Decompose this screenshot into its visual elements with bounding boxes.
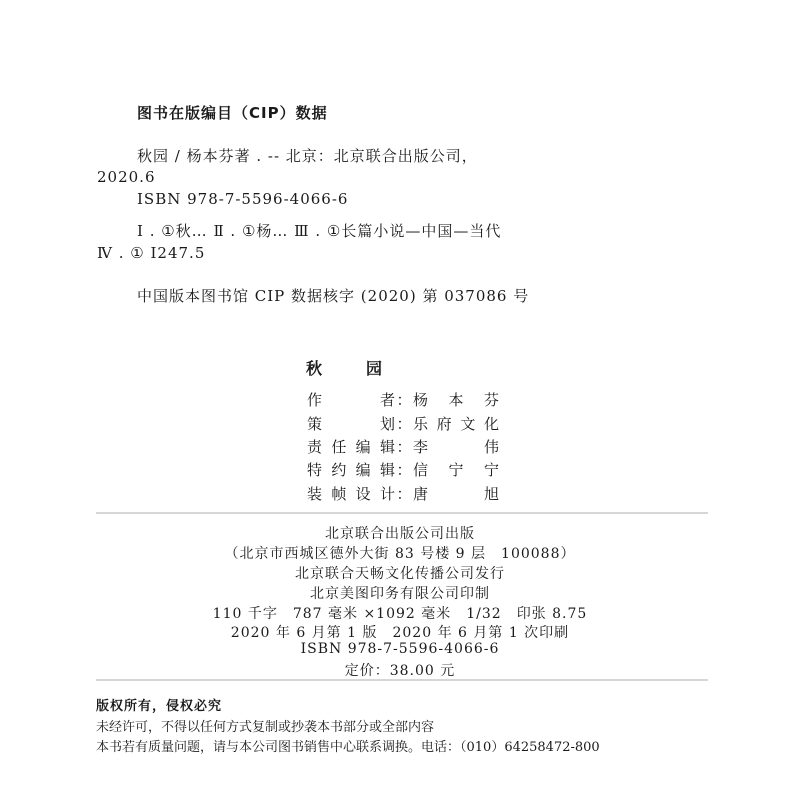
value-char: 府 (437, 413, 452, 434)
price: 定价：38.00 元 (180, 660, 620, 680)
credit-row-planning: 策划 ： 乐府文化 (307, 413, 499, 434)
value-char: 伟 (484, 436, 499, 457)
distributor: 北京联合天畅文化传播公司发行 (180, 563, 620, 583)
publication-isbn: ISBN 978-7-5596-4066-6 (180, 641, 620, 657)
credit-label: 策划 (307, 413, 395, 434)
value-char: 芬 (484, 389, 499, 410)
credit-label: 装帧设计 (307, 483, 395, 504)
label-char: 帧 (331, 483, 346, 504)
cip-heading: 图书在版编目（CIP）数据 (137, 102, 328, 123)
label-char: 编 (356, 436, 371, 457)
value-char: 化 (484, 413, 499, 434)
printer: 北京美图印务有限公司印制 (180, 583, 620, 603)
cip-line-1: 秋园 / 杨本芬著 . -- 北京：北京联合出版公司， (137, 145, 478, 166)
credit-row-author: 作者 ： 杨本芬 (307, 389, 499, 410)
label-char: 约 (331, 459, 346, 480)
label-char: 任 (331, 436, 346, 457)
credit-row-editor: 责任编辑 ： 李伟 (307, 436, 499, 457)
label-char: 设 (356, 483, 371, 504)
credit-colon: ： (395, 413, 413, 434)
cip-line-2: 2020.6 (97, 168, 156, 186)
value-char: 信 (413, 459, 428, 480)
publisher-address: （北京市西城区德外大街 83 号楼 9 层 100088） (180, 543, 620, 563)
rights-line-1: 未经许可，不得以任何方式复制或抄袭本书部分或全部内容 (96, 716, 434, 735)
label-char: 划 (380, 413, 395, 434)
credit-value: 李伟 (413, 436, 499, 457)
label-char: 责 (307, 436, 322, 457)
book-title: 秋园 (306, 356, 382, 379)
value-char: 李 (413, 436, 428, 457)
divider-top (96, 512, 708, 514)
label-char: 编 (356, 459, 371, 480)
credit-label: 作者 (307, 389, 395, 410)
label-char: 计 (380, 483, 395, 504)
value-char: 宁 (484, 459, 499, 480)
value-char: 旭 (484, 483, 499, 504)
credit-colon: ： (395, 436, 413, 457)
cip-subjects-2: Ⅳ . ① I247.5 (97, 244, 205, 262)
rights-heading: 版权所有，侵权必究 (96, 695, 222, 714)
value-char: 本 (448, 389, 463, 410)
value-char: 唐 (413, 483, 428, 504)
credit-value: 信宁宁 (413, 459, 499, 480)
divider-bottom (96, 679, 708, 681)
cip-isbn: ISBN 978-7-5596-4066-6 (137, 190, 348, 208)
label-char: 作 (307, 389, 322, 410)
label-char: 策 (307, 413, 322, 434)
credit-colon: ： (395, 483, 413, 504)
credit-value: 乐府文化 (413, 413, 499, 434)
value-char: 宁 (448, 459, 463, 480)
publisher: 北京联合出版公司出版 (180, 523, 620, 543)
book-title-char: 秋 (306, 356, 322, 379)
rights-line-2: 本书若有质量问题，请与本公司图书销售中心联系调换。电话：（010）6425847… (96, 736, 600, 755)
label-char: 辑 (380, 436, 395, 457)
credit-label: 责任编辑 (307, 436, 395, 457)
label-char: 装 (307, 483, 322, 504)
book-title-char: 园 (366, 356, 382, 379)
cip-approval: 中国版本图书馆 CIP 数据核字 (2020) 第 037086 号 (137, 285, 529, 306)
value-char: 乐 (413, 413, 428, 434)
print-specs: 110 千字 787 毫米 ×1092 毫米 1/32 印张 8.75 (180, 603, 620, 623)
label-char: 者 (380, 389, 395, 410)
label-char: 特 (307, 459, 322, 480)
credit-colon: ： (395, 389, 413, 410)
credit-value: 唐旭 (413, 483, 499, 504)
label-char: 辑 (380, 459, 395, 480)
credit-row-design: 装帧设计 ： 唐旭 (307, 483, 499, 504)
credit-label: 特约编辑 (307, 459, 395, 480)
cip-subjects-1: Ⅰ . ①秋… Ⅱ . ①杨… Ⅲ . ①长篇小说—中国—当代 (137, 220, 501, 241)
value-char: 文 (460, 413, 475, 434)
value-char: 杨 (413, 389, 428, 410)
credit-colon: ： (395, 459, 413, 480)
edition: 2020 年 6 月第 1 版 2020 年 6 月第 1 次印刷 (180, 622, 620, 642)
credit-value: 杨本芬 (413, 389, 499, 410)
credit-row-special-editor: 特约编辑 ： 信宁宁 (307, 459, 499, 480)
